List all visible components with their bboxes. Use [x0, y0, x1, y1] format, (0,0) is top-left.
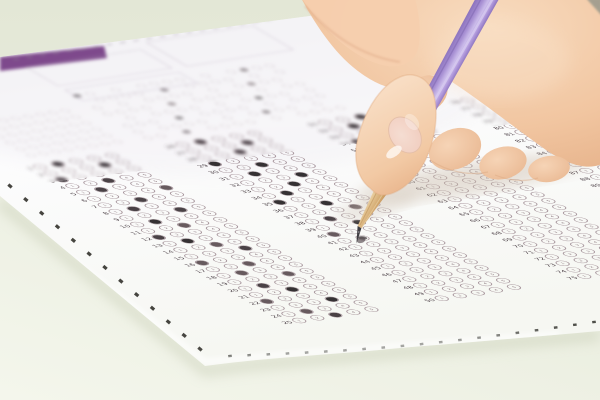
answer-sheet-photo: 1134521235323454124551345612347124581345… — [0, 0, 600, 400]
graphite-shine — [358, 231, 360, 233]
timing-mark-bottom — [535, 329, 539, 332]
timing-mark-bottom — [554, 326, 558, 329]
photo-scene: 1134521235323454124551345612347124581345… — [0, 0, 600, 400]
timing-mark-bottom — [573, 323, 577, 326]
timing-mark-bottom — [515, 331, 519, 334]
timing-mark-bottom — [592, 321, 596, 324]
